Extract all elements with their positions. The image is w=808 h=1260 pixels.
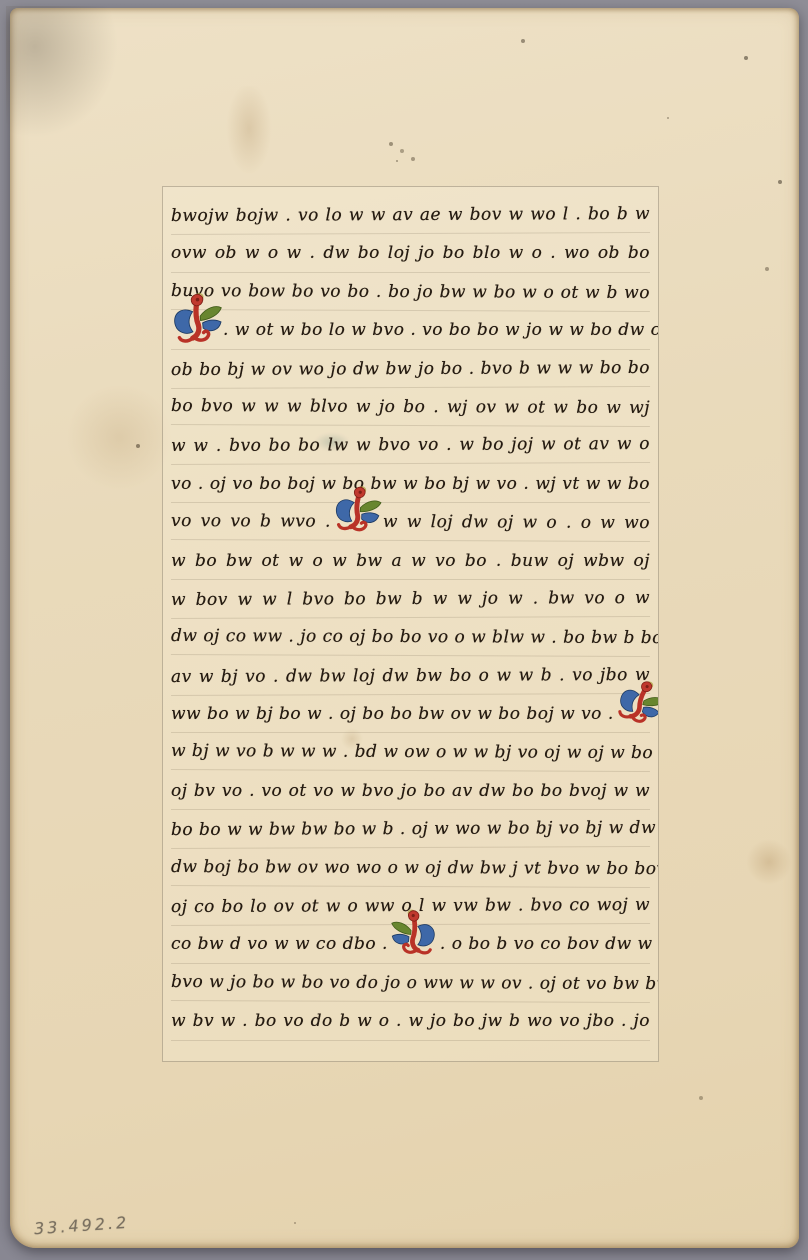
text-line: bo bvo w w w blvo w jo bo . wj ov w ot w…	[171, 387, 650, 427]
text-line: buvo vo bow bo vo bo . bo jo bw w bo w o…	[171, 272, 650, 312]
stain	[743, 836, 795, 888]
text-line: av w bj vo . dw bw loj dw bw bo o w w b …	[171, 656, 650, 696]
text-line: dw oj co ww . jo co oj bo bo vo o w blw …	[171, 617, 650, 657]
text-line: oj bv vo . vo ot vo w bvo jo bo av dw bo…	[171, 772, 650, 810]
catalog-number-label: 33.492.2	[33, 1213, 129, 1239]
text-line: . w ot w bo lo w bvo . vo bo bo w jo w w…	[171, 311, 650, 349]
text-line: bwojw bojw . vo lo w w av ae w bov w wo …	[171, 195, 650, 235]
text-line: w bo bw ot w o w bw a w vo bo . buw oj w…	[171, 542, 650, 580]
script-text: buvo vo bow bo vo bo . bo jo bw w bo w o…	[171, 281, 650, 303]
script-text: w bv w . bo vo do b w o . w jo bo jw b w…	[171, 1011, 650, 1031]
script-text: vo vo vo b wvo .	[171, 511, 331, 532]
script-text: ovw ob w o w . dw bo loj jo bo blo w o .…	[171, 243, 650, 263]
stain	[223, 86, 275, 181]
script-text: bvo w jo bo w bo vo do jo o ww w w ov . …	[171, 972, 659, 994]
text-line: ww bo w bj bo w . oj bo bo bw ov w bo bo…	[171, 695, 650, 733]
script-text: ww bo w bj bo w . oj bo bo bw ov w bo bo…	[171, 704, 614, 724]
text-line: bvo w jo bo w bo vo do jo o ww w w ov . …	[171, 963, 650, 1003]
text-line: ob bo bj w ov wo jo dw bw jo bo . bvo b …	[171, 349, 650, 389]
script-text: ob bo bj w ov wo jo dw bw jo bo . bvo b …	[171, 358, 650, 380]
script-text: bo bvo w w w blvo w jo bo . wj ov w ot w…	[171, 396, 650, 418]
floral-ornament-icon	[388, 934, 440, 964]
floral-ornament-icon	[171, 320, 223, 350]
script-text: w bj w vo b w w w . bd w ow o w w bj vo …	[171, 741, 653, 763]
manuscript-text-block: bwojw bojw . vo lo w w av ae w bov w wo …	[162, 186, 659, 1062]
script-text: co bw d vo w w co dbo .	[171, 934, 388, 954]
foxing-specks	[10, 8, 12, 10]
paper-sheet: bwojw bojw . vo lo w w av ae w bov w wo …	[10, 8, 799, 1248]
stain	[62, 380, 177, 495]
manuscript-lines: bwojw bojw . vo lo w w av ae w bov w wo …	[171, 196, 650, 1041]
script-text: . o bo b vo co bov dw w	[440, 934, 653, 954]
text-line: vo vo vo b wvo . w w loj dw oj w o . o w…	[171, 502, 650, 542]
floral-ornament-icon	[331, 511, 383, 541]
text-line: w bv w . bo vo do b w o . w jo bo jw b w…	[171, 1002, 650, 1040]
script-text: w w loj dw oj w o . o w wo	[383, 512, 650, 533]
script-text: av w bj vo . dw bw loj dw bw bo o w w b …	[171, 665, 650, 687]
text-line: w bj w vo b w w w . bd w ow o w w bj vo …	[171, 732, 650, 772]
script-text: dw oj co ww . jo co oj bo bo vo o w blw …	[171, 626, 659, 648]
text-line: w w . bvo bo bo lw w bvo vo . w bo joj w…	[171, 425, 650, 465]
text-line: dw boj bo bw ov wo wo o w oj dw bw j vt …	[171, 848, 650, 888]
script-text: vo . oj vo bo boj w bo bw w bo bj w vo .…	[171, 474, 650, 494]
script-text: w bo bw ot w o w bw a w vo bo . buw oj w…	[171, 551, 650, 571]
script-text: w bov w w l bvo bo bw b w w jo w . bw vo…	[171, 588, 650, 610]
script-text: bo bo w w bw bw bo w b . oj w wo w bo bj…	[171, 818, 656, 840]
script-text: . w ot w bo lo w bvo . vo bo bo w jo w w…	[223, 320, 659, 340]
text-line: ovw ob w o w . dw bo loj jo bo blo w o .…	[171, 234, 650, 272]
text-line: w bov w w l bvo bo bw b w w jo w . bw vo…	[171, 579, 650, 619]
text-line: vo . oj vo bo boj w bo bw w bo bj w vo .…	[171, 465, 650, 503]
photo-background: bwojw bojw . vo lo w w av ae w bov w wo …	[0, 0, 808, 1260]
text-line: co bw d vo w w co dbo . . o bo b vo co b…	[171, 925, 650, 963]
script-text: oj bv vo . vo ot vo w bvo jo bo av dw bo…	[171, 781, 650, 801]
script-text: w w . bvo bo bo lw w bvo vo . w bo joj w…	[171, 434, 650, 456]
script-text: bwojw bojw . vo lo w w av ae w bov w wo …	[171, 204, 650, 226]
floral-ornament-icon	[614, 703, 659, 733]
stain	[6, 6, 121, 141]
script-text: dw boj bo bw ov wo wo o w oj dw bw j vt …	[171, 857, 659, 879]
text-line: bo bo w w bw bw bo w b . oj w wo w bo bj…	[171, 809, 650, 849]
